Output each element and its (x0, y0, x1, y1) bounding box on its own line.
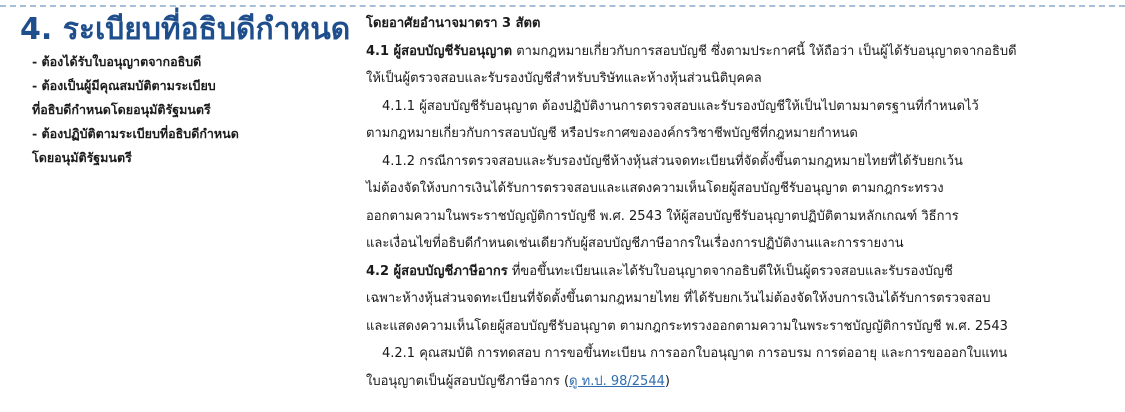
section-4-2-1-line-1: 4.2.1 คุณสมบัติ การทดสอบ การขอขึ้นทะเบีย… (366, 340, 1121, 368)
reference-link[interactable]: ดู ท.ป. 98/2544 (569, 374, 665, 389)
requirement-item-continued: ที่อธิบดีกำหนดโดยอนุมัติรัฐมนตรี (32, 98, 352, 122)
section-4-1-line-2: ให้เป็นผู้ตรวจสอบและรับรองบัญชีสำหรับบริ… (366, 65, 1121, 93)
section-4-2-line-3: และแสดงความเห็นโดยผู้สอบบัญชีรับอนุญาต ต… (366, 313, 1121, 341)
requirement-item-continued: โดยอนุมัติรัฐมนตรี (32, 146, 352, 170)
section-4-1-2-line-1: 4.1.2 กรณีการตรวจสอบและรับรองบัญชีห้างหุ… (366, 148, 1121, 176)
section-4-1-2-line-4: และเงื่อนไขที่อธิบดีกำหนดเช่นเดียวกับผู้… (366, 230, 1121, 258)
section-4-1-1-line-2: ตามกฎหมายเกี่ยวกับการสอบบัญชี หรือประกาศ… (366, 120, 1121, 148)
section-4-2-heading: 4.2 ผู้สอบบัญชีภาษีอากร (366, 264, 508, 279)
intro-line: โดยอาศัยอำนาจมาตรา 3 สัตต (366, 10, 1121, 38)
section-4-1-2-line-3: ออกตามความในพระราชบัญญัติการบัญชี พ.ศ. 2… (366, 203, 1121, 231)
section-4-2-line-1: 4.2 ผู้สอบบัญชีภาษีอากร ที่ขอขึ้นทะเบียน… (366, 258, 1121, 286)
body-text: โดยอาศัยอำนาจมาตรา 3 สัตต 4.1 ผู้สอบบัญช… (366, 10, 1121, 395)
section-4-2-1-line-2: ใบอนุญาตเป็นผู้สอบบัญชีภาษีอากร (ดู ท.ป.… (366, 368, 1121, 396)
section-4-1-2-line-2: ไม่ต้องจัดให้งบการเงินได้รับการตรวจสอบแล… (366, 175, 1121, 203)
requirement-item: - ต้องได้รับใบอนุญาตจากอธิบดี (32, 50, 352, 74)
section-4-2-1-suffix: ) (665, 374, 670, 389)
section-4-1-text: ตามกฎหมายเกี่ยวกับการสอบบัญชี ซึ่งตามประ… (512, 44, 1017, 59)
section-4-2-text: ที่ขอขึ้นทะเบียนและได้รับใบอนุญาตจากอธิบ… (508, 264, 953, 279)
requirements-list: - ต้องได้รับใบอนุญาตจากอธิบดี - ต้องเป็น… (32, 50, 352, 170)
left-column: 4. ระเบียบที่อธิบดีกำหนด - ต้องได้รับใบอ… (0, 0, 360, 412)
slide-title: 4. ระเบียบที่อธิบดีกำหนด (20, 10, 350, 50)
requirement-item: - ต้องเป็นผู้มีคุณสมบัติตามระเบียบ (32, 74, 352, 98)
requirement-item: - ต้องปฏิบัติตามระเบียบที่อธิบดีกำหนด (32, 122, 352, 146)
section-4-1-line-1: 4.1 ผู้สอบบัญชีรับอนุญาต ตามกฎหมายเกี่ยว… (366, 38, 1121, 66)
section-4-2-line-2: เฉพาะห้างหุ้นส่วนจดทะเบียนที่จัดตั้งขึ้น… (366, 285, 1121, 313)
section-4-2-1-prefix: ใบอนุญาตเป็นผู้สอบบัญชีภาษีอากร ( (366, 374, 569, 389)
section-4-1-1-line-1: 4.1.1 ผู้สอบบัญชีรับอนุญาต ต้องปฏิบัติงา… (366, 93, 1121, 121)
section-4-1-heading: 4.1 ผู้สอบบัญชีรับอนุญาต (366, 44, 512, 59)
